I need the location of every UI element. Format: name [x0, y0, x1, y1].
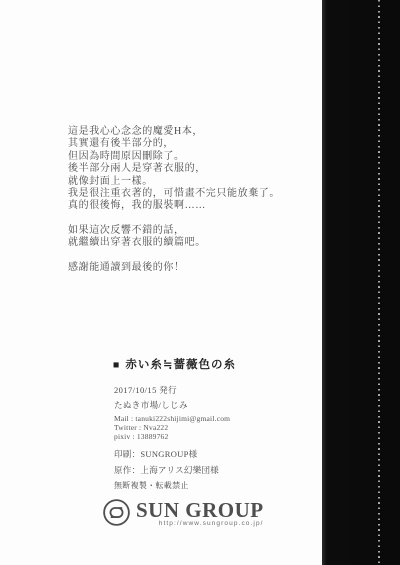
book-title: 赤い糸≒薔薇色の糸	[125, 359, 236, 371]
sun-group-logo-text: SUN GROUP http://www.sungroup.co.jp/	[136, 499, 264, 527]
twitter-line: Twitter : Nva222	[114, 423, 230, 432]
binding-dotted-line	[378, 0, 380, 565]
afterword-paragraph: 如果這次反響不錯的話， 就繼續出穿著衣服的續篇吧。	[68, 225, 280, 250]
afterword-paragraph: 感謝能通讀到最後的你！	[68, 262, 280, 274]
afterword-line: 就繼續出穿著衣服的續篇吧。	[68, 237, 280, 249]
printer-credit-line: 印刷：SUNGROUP様	[114, 448, 197, 460]
pixiv-line: pixiv : 13889762	[114, 432, 230, 441]
scanned-doujin-colophon-page: 這是我心心念念的魔愛H本， 其實還有後半部分的， 但因為時間原因刪除了。 後半部…	[0, 0, 400, 565]
sun-group-name: SUN GROUP	[136, 499, 264, 521]
afterword-line: 這是我心心念念的魔愛H本，	[68, 126, 280, 138]
copyright-notice-line: 無断複製・転載禁止	[114, 480, 189, 491]
afterword-line: 感謝能通讀到最後的你！	[68, 262, 280, 274]
original-work-credit-line: 原作：上海アリス幻樂団様	[114, 464, 219, 476]
contact-block: Mail : tanuki222shijimi@gmail.com Twitte…	[114, 414, 230, 441]
circle-author-line: たぬき市場/しじみ	[114, 399, 188, 411]
sun-group-circle-s-icon	[102, 498, 131, 527]
afterword-text-block: 這是我心心念念的魔愛H本， 其實還有後半部分的， 但因為時間原因刪除了。 後半部…	[68, 126, 280, 286]
afterword-line: 其實還有後半部分的，	[68, 138, 280, 150]
square-bullet-icon: ■	[113, 360, 120, 371]
afterword-paragraph: 這是我心心念念的魔愛H本， 其實還有後半部分的， 但因為時間原因刪除了。 後半部…	[68, 126, 280, 213]
book-title-line: ■赤い糸≒薔薇色の糸	[113, 356, 236, 372]
afterword-line: 就像封面上一樣。	[68, 176, 280, 188]
afterword-line: 我是很注重衣著的，可惜畫不完只能放棄了。	[68, 188, 280, 200]
afterword-line: 如果這次反響不錯的話，	[68, 225, 280, 237]
afterword-line: 後半部分兩人是穿著衣服的，	[68, 163, 280, 175]
afterword-line: 但因為時間原因刪除了。	[68, 151, 280, 163]
afterword-line: 真的很後悔，我的服裝啊……	[68, 200, 280, 212]
scan-gutter-band	[322, 0, 400, 565]
mail-line: Mail : tanuki222shijimi@gmail.com	[114, 414, 230, 423]
publish-date-line: 2017/10/15 発行	[114, 384, 177, 396]
sun-group-logo: SUN GROUP http://www.sungroup.co.jp/	[102, 498, 264, 527]
